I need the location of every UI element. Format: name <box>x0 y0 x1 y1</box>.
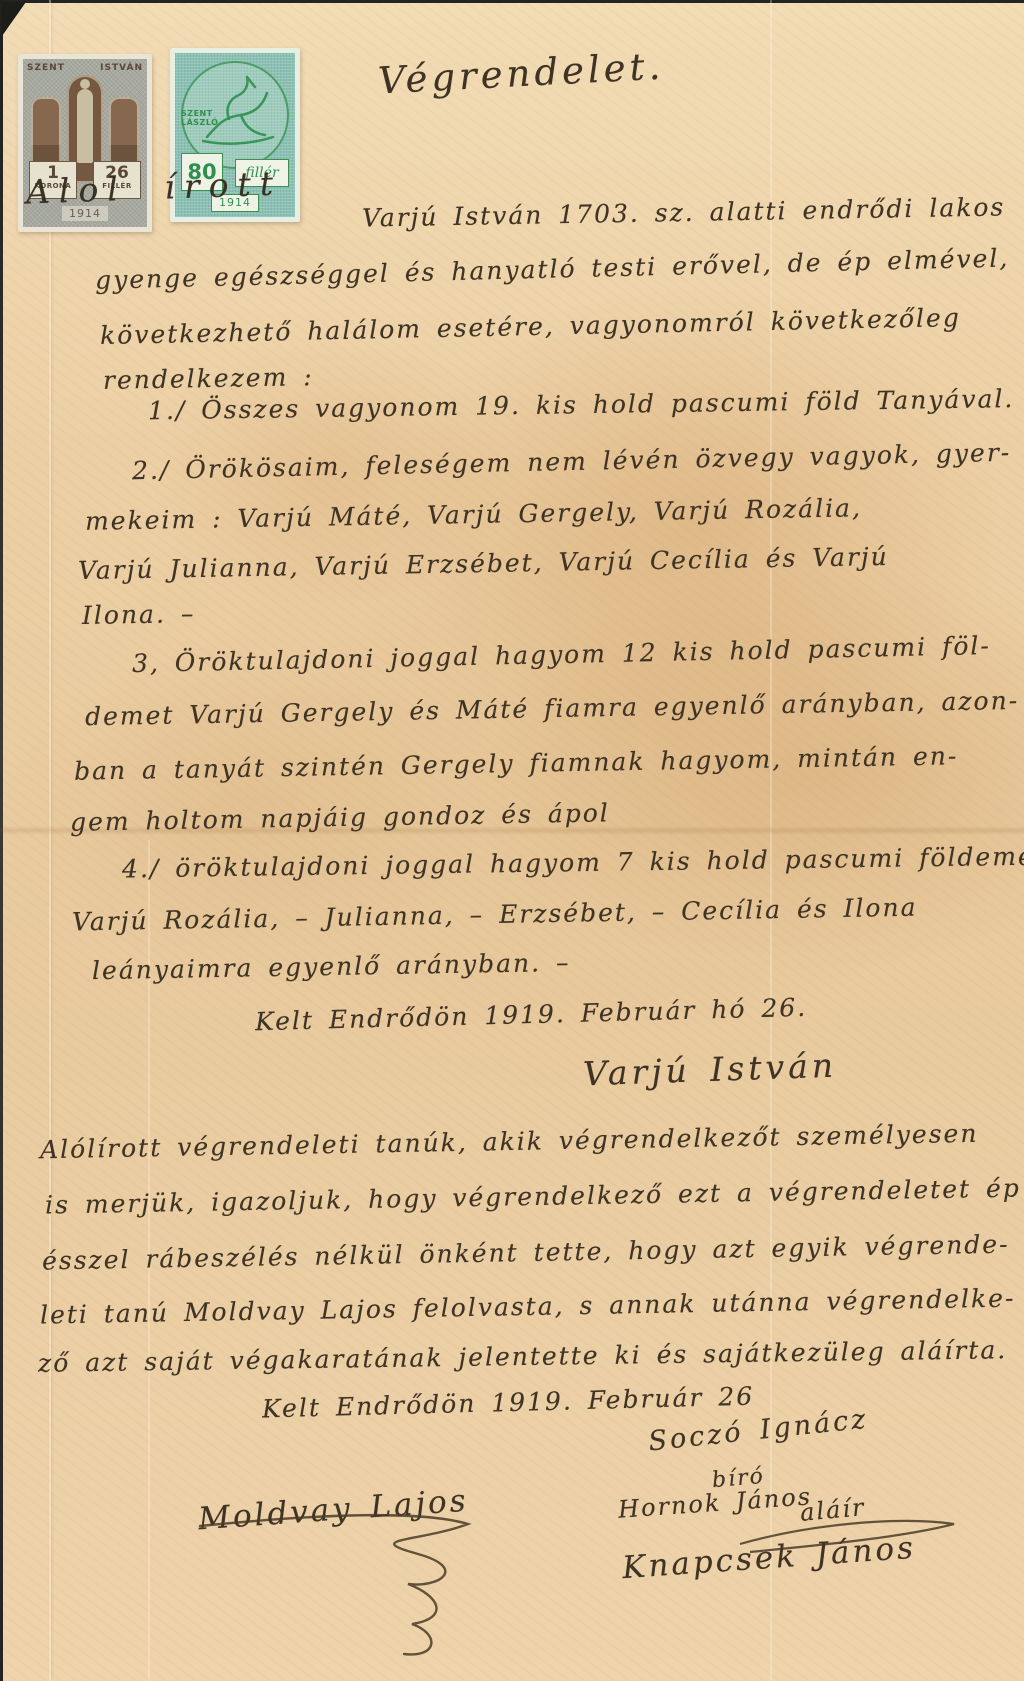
document-scan: SZENT ISTVÁN 1 KORONA 26 FILLÉR 1914 <box>0 0 1024 1681</box>
fold-crease-vertical <box>49 0 51 1681</box>
testament-line: gyenge egészséggel és hanyatló testi erő… <box>95 242 1024 295</box>
testament-line: demet Varjú Gergely és Máté fiamra egyen… <box>85 686 1020 731</box>
testament-line: Varjú István 1703. sz. alatti endrődi la… <box>362 192 1006 232</box>
signature-flourish <box>300 1512 480 1672</box>
witness-line: ző azt saját végakaratának jelentette ki… <box>38 1335 1008 1378</box>
testament-date-line: Kelt Endrődön 1919. Február hó 26. <box>255 993 808 1036</box>
testament-line: leányaimra egyenlő arányban. – <box>92 948 571 985</box>
stamp-title: SZENT LÁSZLÓ <box>181 109 215 127</box>
witness-date-line: Kelt Endrődön 1919. Február 26 <box>262 1382 755 1424</box>
testament-line: 4./ öröktulajdoni joggal hagyom 7 kis ho… <box>122 842 1024 884</box>
witness-line: ésszel rábeszélés nélkül önként tette, h… <box>42 1230 1010 1276</box>
testament-line: Varjú Rozália, – Julianna, – Erzsébet, –… <box>72 893 918 937</box>
testament-line: 2./ Örökösaim, feleségem nem lévén özveg… <box>132 438 1012 485</box>
testament-line: ban a tanyát szintén Gergely fiamnak hag… <box>74 741 959 785</box>
testament-line: 3, Öröktulajdoni joggal hagyom 12 kis ho… <box>132 631 991 678</box>
scan-edge-left <box>0 0 3 1681</box>
witness-line: is merjük, igazoljuk, hogy végrendelkező… <box>45 1173 1021 1219</box>
witness-line: Alólírott végrendeleti tanúk, akik végre… <box>40 1119 979 1164</box>
church-tower-icon <box>109 97 139 163</box>
testament-line: Varjú Julianna, Varjú Erzsébet, Varjú Ce… <box>78 542 889 585</box>
page-title: Végrendelet. <box>377 45 665 103</box>
witness-line: leti tanú Moldvay Lajos felolvasta, s an… <box>40 1283 1016 1329</box>
stamp-title-left: SZENT <box>27 63 65 73</box>
testament-line: gem holtom napjáig gondoz és ápol <box>70 798 610 836</box>
signature-testator: Varjú István <box>582 1046 837 1094</box>
scan-corner-shadow <box>2 2 26 36</box>
church-tower-icon <box>31 97 61 163</box>
stamp-title: SZENT ISTVÁN <box>23 63 147 73</box>
testament-line: Ilona. – <box>82 599 196 630</box>
testament-line: következhető halálom esetére, vagyonomró… <box>100 303 961 350</box>
stamp-title-right: ISTVÁN <box>100 63 143 73</box>
testament-line: rendelkezem : <box>103 362 314 395</box>
testament-line: mekeim : Varjú Máté, Varjú Gergely, Varj… <box>85 493 862 536</box>
scan-edge-top <box>0 0 1024 3</box>
